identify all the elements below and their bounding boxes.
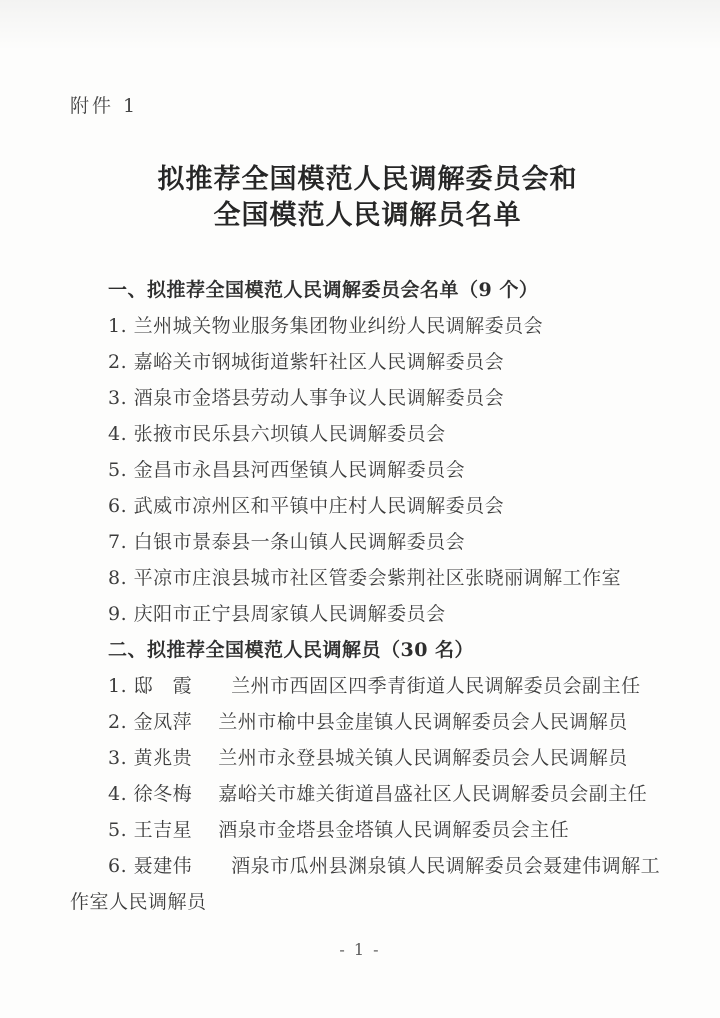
committee-list-item: 7. 白银市景泰县一条山镇人民调解委员会 xyxy=(70,524,665,560)
mediator-list-item: 6. 聂建伟 酒泉市瓜州县渊泉镇人民调解委员会聂建伟调解工作室人民调解员 xyxy=(70,848,665,920)
document-title: 拟推荐全国模范人民调解委员会和 全国模范人民调解员名单 xyxy=(70,162,665,234)
document-page: 附件 1 拟推荐全国模范人民调解委员会和 全国模范人民调解员名单 一、拟推荐全国… xyxy=(0,0,720,1018)
committee-list-item: 1. 兰州城关物业服务集团物业纠纷人民调解委员会 xyxy=(70,308,665,344)
committee-list-item: 9. 庆阳市正宁县周家镇人民调解委员会 xyxy=(70,596,665,632)
document-title-line-2: 全国模范人民调解员名单 xyxy=(70,198,665,234)
document-title-line-1: 拟推荐全国模范人民调解委员会和 xyxy=(70,162,665,198)
committee-list-item: 8. 平凉市庄浪县城市社区管委会紫荆社区张晓丽调解工作室 xyxy=(70,560,665,596)
committee-list-item: 3. 酒泉市金塔县劳动人事争议人民调解委员会 xyxy=(70,380,665,416)
committee-list-item: 4. 张掖市民乐县六坝镇人民调解委员会 xyxy=(70,416,665,452)
document-body: 一、拟推荐全国模范人民调解委员会名单（9 个） 1. 兰州城关物业服务集团物业纠… xyxy=(70,272,665,920)
committee-list-item: 5. 金昌市永昌县河西堡镇人民调解委员会 xyxy=(70,452,665,488)
attachment-label: 附件 1 xyxy=(70,92,665,120)
mediator-list-item: 4. 徐冬梅 嘉峪关市雄关街道昌盛社区人民调解委员会副主任 xyxy=(70,776,665,812)
mediator-list-item: 5. 王吉星 酒泉市金塔县金塔镇人民调解委员会主任 xyxy=(70,812,665,848)
mediator-list-item: 1. 邸 霞 兰州市西固区四季青街道人民调解委员会副主任 xyxy=(70,668,665,704)
mediator-list-item: 3. 黄兆贵 兰州市永登县城关镇人民调解委员会人民调解员 xyxy=(70,740,665,776)
page-number: - 1 - xyxy=(0,940,720,959)
committee-list-item: 2. 嘉峪关市钢城街道紫轩社区人民调解委员会 xyxy=(70,344,665,380)
section-2-heading: 二、拟推荐全国模范人民调解员（30 名） xyxy=(70,632,665,668)
mediator-list-item: 2. 金凤萍 兰州市榆中县金崖镇人民调解委员会人民调解员 xyxy=(70,704,665,740)
committee-list-item: 6. 武威市凉州区和平镇中庄村人民调解委员会 xyxy=(70,488,665,524)
section-1-heading: 一、拟推荐全国模范人民调解委员会名单（9 个） xyxy=(70,272,665,308)
